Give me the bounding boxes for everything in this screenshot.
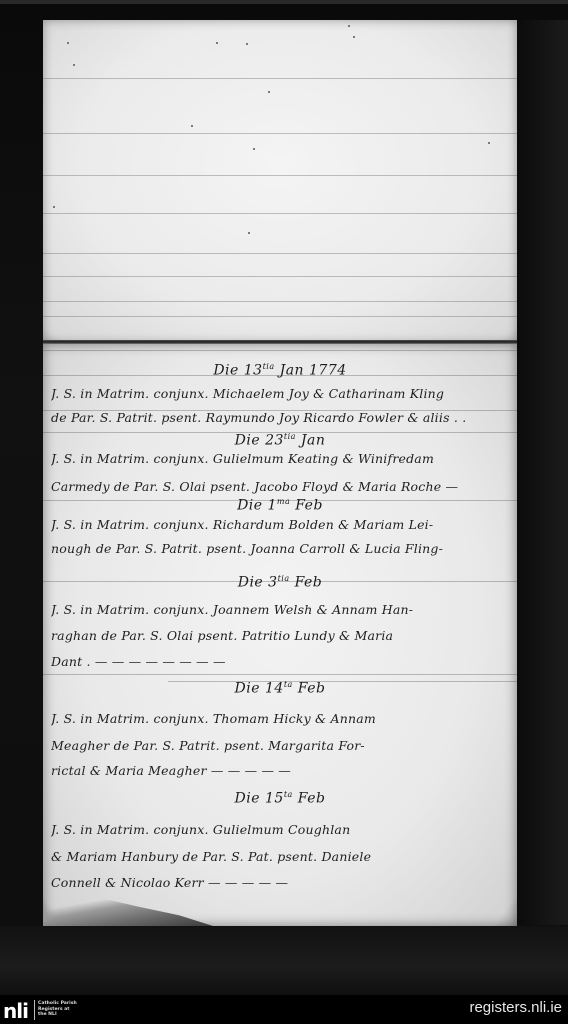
entry-date: Die 3tia Feb (43, 574, 517, 591)
entry-text-line: J. S. in Matrim. conjunx. Thomam Hicky &… (51, 711, 511, 726)
entry-text-line: rictal & Maria Meagher — — — — — (51, 763, 511, 778)
ruled-line (43, 78, 517, 79)
entry-text-line: J. S. in Matrim. conjunx. Gulielmum Keat… (51, 451, 511, 466)
ruled-line (43, 316, 517, 317)
ruled-line (43, 175, 517, 176)
logo-caption-line: Catholic Parish (38, 1001, 82, 1007)
entry-text-line: de Par. S. Patrit. psent. Raymundo Joy R… (51, 410, 511, 425)
entry-text-line: J. S. in Matrim. conjunx. Richardum Bold… (51, 517, 511, 532)
entry-date: Die 1ma Feb (43, 497, 517, 514)
entry-text-line: J. S. in Matrim. conjunx. Gulielmum Coug… (51, 822, 511, 837)
entry-date: Die 13tia Jan 1774 (43, 362, 517, 379)
ruled-line (43, 253, 517, 254)
entry-text-line: Meagher de Par. S. Patrit. psent. Margar… (51, 738, 511, 753)
entry-text-line: Carmedy de Par. S. Olai psent. Jacobo Fl… (51, 479, 511, 494)
ruled-line (43, 276, 517, 277)
ruled-line (43, 350, 517, 351)
entry-text-line: & Mariam Hanbury de Par. S. Pat. psent. … (51, 849, 511, 864)
microfilm-scan: Die 13tia Jan 1774 J. S. in Matrim. conj… (0, 0, 568, 995)
entry-date: Die 14ta Feb (43, 680, 517, 697)
frame-edge (0, 0, 568, 4)
entry-text-line: Connell & Nicolao Kerr — — — — — (51, 875, 511, 890)
entry-date: Die 23tia Jan (43, 432, 517, 449)
ruled-line (43, 674, 517, 675)
upper-blank-page (43, 20, 517, 343)
logo-caption-line: the NLI (38, 1012, 82, 1018)
logo-divider (34, 1000, 35, 1020)
entry-date: Die 15ta Feb (43, 790, 517, 807)
logo-caption: Catholic Parish Registers at the NLI (38, 1001, 82, 1018)
nli-logo-mark: nli (3, 1001, 28, 1021)
site-url-link[interactable]: registers.nli.ie (469, 999, 562, 1016)
register-viewer: Die 13tia Jan 1774 J. S. in Matrim. conj… (0, 0, 568, 1024)
entry-text-line: raghan de Par. S. Olai psent. Patritio L… (51, 628, 511, 643)
ruled-line (43, 301, 517, 302)
entry-text-line: J. S. in Matrim. conjunx. Joannem Welsh … (51, 602, 511, 617)
torn-page-corner (43, 890, 213, 926)
nli-logo[interactable]: nli Catholic Parish Registers at the NLI (3, 998, 83, 1022)
entry-text-line: nough de Par. S. Patrit. psent. Joanna C… (51, 541, 511, 556)
ruled-line (43, 213, 517, 214)
frame-right-border (517, 20, 568, 925)
ruled-line (43, 133, 517, 134)
register-page: Die 13tia Jan 1774 J. S. in Matrim. conj… (43, 344, 517, 926)
entry-text-line: Dant . — — — — — — — — (51, 654, 511, 669)
frame-bottom-border (0, 926, 568, 995)
footer-bar: nli Catholic Parish Registers at the NLI… (0, 995, 568, 1024)
entry-text-line: J. S. in Matrim. conjunx. Michaelem Joy … (51, 386, 511, 401)
